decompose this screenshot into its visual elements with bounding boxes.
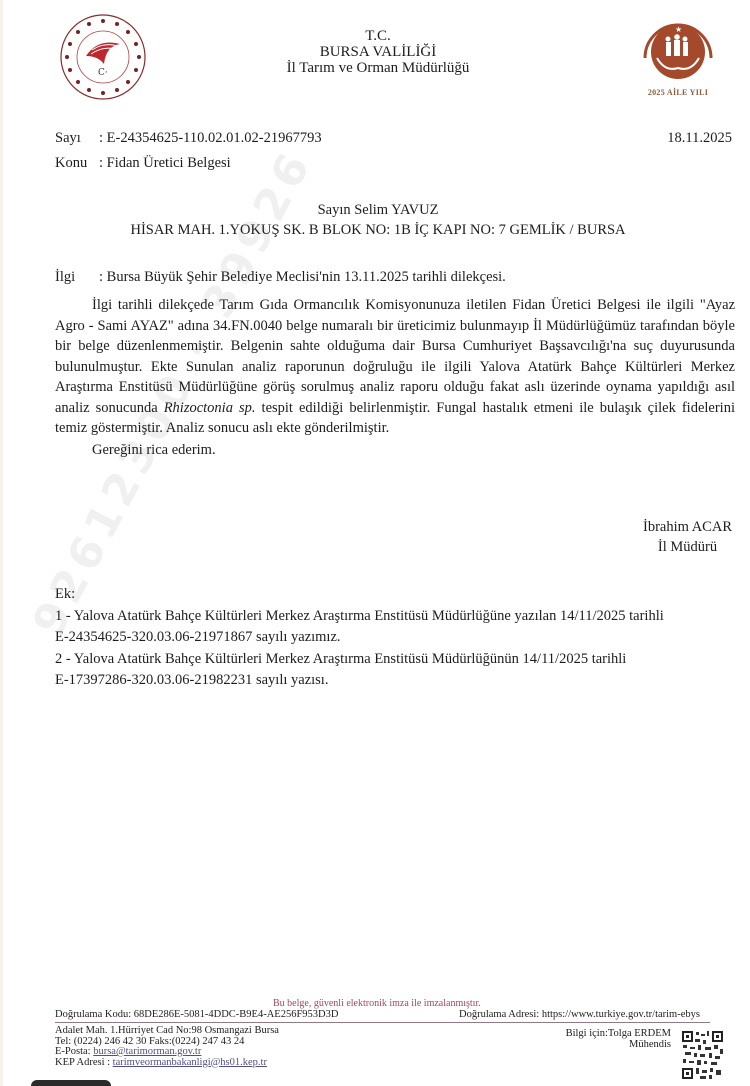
kep-line: KEP Adresi : tarimveormanbakanligi@hs01.… bbox=[55, 1058, 279, 1069]
document-date: 18.11.2025 bbox=[667, 130, 732, 147]
email-link[interactable]: bursa@tarimorman.gov.tr bbox=[93, 1046, 201, 1057]
reference-number-label: Sayı bbox=[55, 130, 99, 147]
pathogen-name: Rhizoctonia sp. bbox=[164, 400, 256, 416]
svg-text:★: ★ bbox=[675, 25, 682, 34]
signature-block: İbrahim ACAR İl Müdürü bbox=[643, 517, 732, 557]
family-year-caption: 2025 AİLE YILI bbox=[633, 88, 723, 97]
attachment-line: E-17397286-320.03.06-21982231 sayılı yaz… bbox=[55, 670, 745, 692]
viewer-bottom-handle bbox=[31, 1080, 111, 1086]
body-paragraph: İlgi tarihli dilekçede Tarım Gıda Ormanc… bbox=[55, 295, 735, 439]
attachments-label: Ek: bbox=[55, 584, 745, 606]
reference-number: Sayı: E-24354625-110.02.01.02-21967793 bbox=[55, 130, 322, 147]
body-text: İlgi tarihli dilekçede Tarım Gıda Ormanc… bbox=[55, 297, 735, 416]
postal-address: Adalet Mah. 1.Hürriyet Cad No:98 Osmanga… bbox=[55, 1026, 279, 1037]
recipient-address: HİSAR MAH. 1.YOKUŞ SK. B BLOK NO: 1B İÇ … bbox=[3, 220, 750, 240]
kep-link[interactable]: tarimveormanbakanligi@hs01.kep.tr bbox=[113, 1057, 267, 1068]
attachments: Ek: 1 - Yalova Atatürk Bahçe Kültürleri … bbox=[55, 584, 745, 692]
email-label: E-Posta: bbox=[55, 1046, 93, 1057]
info-contact-name: Bilgi için:Tolga ERDEM bbox=[543, 1029, 671, 1040]
attachment-line: 1 - Yalova Atatürk Bahçe Kültürleri Merk… bbox=[55, 606, 745, 628]
attachment-item: 1 - Yalova Atatürk Bahçe Kültürleri Merk… bbox=[55, 606, 745, 649]
reference-line: İlgi: Bursa Büyük Şehir Belediye Meclisi… bbox=[55, 269, 506, 286]
verification-code: Doğrulama Kodu: 68DE286E-5081-4DDC-B9E4-… bbox=[55, 1009, 338, 1020]
reference-number-value: : E-24354625-110.02.01.02-21967793 bbox=[99, 130, 322, 146]
info-contact: Bilgi için:Tolga ERDEM Mühendis bbox=[543, 1029, 671, 1050]
attachment-line: E-24354625-320.03.06-21971867 sayılı yaz… bbox=[55, 627, 745, 649]
qr-code-icon bbox=[681, 1030, 724, 1080]
subject: Konu: Fidan Üretici Belgesi bbox=[55, 155, 231, 172]
reference-value: : Bursa Büyük Şehir Belediye Meclisi'nin… bbox=[99, 269, 506, 285]
reference-label: İlgi bbox=[55, 269, 99, 286]
letter-body: İlgi tarihli dilekçede Tarım Gıda Ormanc… bbox=[55, 295, 735, 460]
verification-address[interactable]: Doğrulama Adresi: https://www.turkiye.go… bbox=[459, 1009, 700, 1020]
contact-info: Adalet Mah. 1.Hürriyet Cad No:98 Osmanga… bbox=[55, 1026, 279, 1068]
closing-line: Gereğini rica ederim. bbox=[55, 440, 735, 461]
family-year-logo-icon: ★ 2025 AİLE YILI bbox=[633, 8, 723, 103]
info-contact-title: Mühendis bbox=[543, 1040, 671, 1051]
signer-title: İl Müdürü bbox=[643, 537, 732, 557]
recipient: Sayın Selim YAVUZ HİSAR MAH. 1.YOKUŞ SK.… bbox=[3, 200, 750, 240]
subject-value: : Fidan Üretici Belgesi bbox=[99, 155, 231, 171]
esignature-note: Bu belge, güvenli elektronik imza ile im… bbox=[273, 998, 481, 1009]
attachment-line: 2 - Yalova Atatürk Bahçe Kültürleri Merk… bbox=[55, 649, 745, 671]
kep-label: KEP Adresi : bbox=[55, 1057, 113, 1068]
signer-name: İbrahim ACAR bbox=[643, 517, 732, 537]
document-page: 92612300 - 39926 C· T.C. BURSA VALİLİĞİ … bbox=[0, 0, 750, 1086]
recipient-name: Sayın Selim YAVUZ bbox=[3, 200, 750, 220]
footer-divider bbox=[55, 1022, 710, 1023]
attachment-item: 2 - Yalova Atatürk Bahçe Kültürleri Merk… bbox=[55, 649, 745, 692]
subject-label: Konu bbox=[55, 155, 99, 172]
